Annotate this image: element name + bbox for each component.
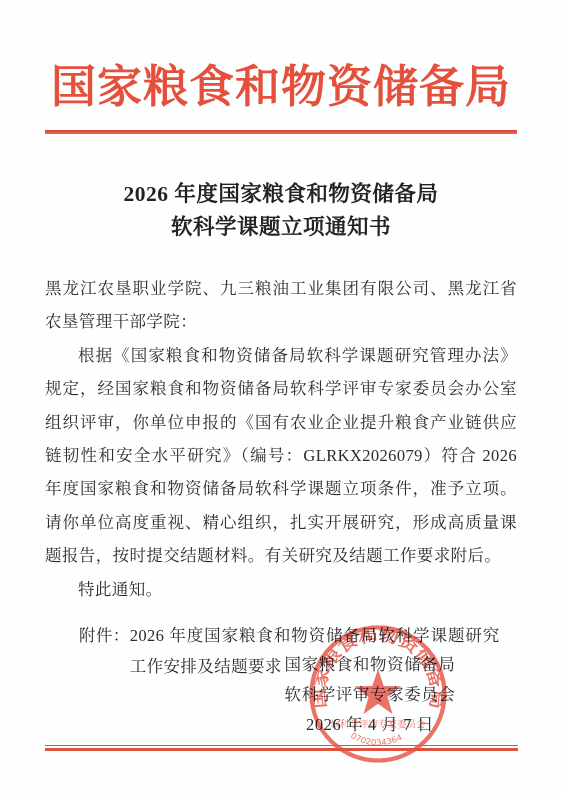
document-body: 黑龙江农垦职业学院、九三粮油工业集团有限公司、黑龙江省农垦管理干部学院： 根据《…	[45, 272, 517, 606]
closing-line: 特此通知。	[45, 573, 517, 606]
masthead-rule	[45, 130, 517, 134]
footer-rule	[45, 745, 518, 751]
document-title-line2: 软科学课题立项通知书	[171, 215, 391, 239]
document-title-line1: 2026 年度国家粮食和物资储备局	[124, 182, 439, 206]
recipients-line: 黑龙江农垦职业学院、九三粮油工业集团有限公司、黑龙江省农垦管理干部学院：	[45, 272, 517, 339]
signature-org-line2: 软科学评审专家委员会	[258, 680, 482, 710]
attachment-label: 附件：	[79, 620, 130, 682]
main-paragraph: 根据《国家粮食和物资储备局软科学课题研究管理办法》规定，经国家粮食和物资储备局软…	[45, 339, 517, 573]
agency-masthead: 国家粮食和物资储备局	[45, 60, 517, 114]
signature-org-line1: 国家粮食和物资储备局	[258, 650, 482, 680]
document-page: 国家粮食和物资储备局 2026 年度国家粮食和物资储备局 软科学课题立项通知书 …	[0, 0, 562, 795]
signature-block: 国家粮食和物资储备局 软科学评审专家委员会 2026 年 4 月 7 日	[258, 650, 482, 740]
signature-date: 2026 年 4 月 7 日	[258, 710, 482, 740]
document-title: 2026 年度国家粮食和物资储备局 软科学课题立项通知书	[45, 178, 517, 244]
